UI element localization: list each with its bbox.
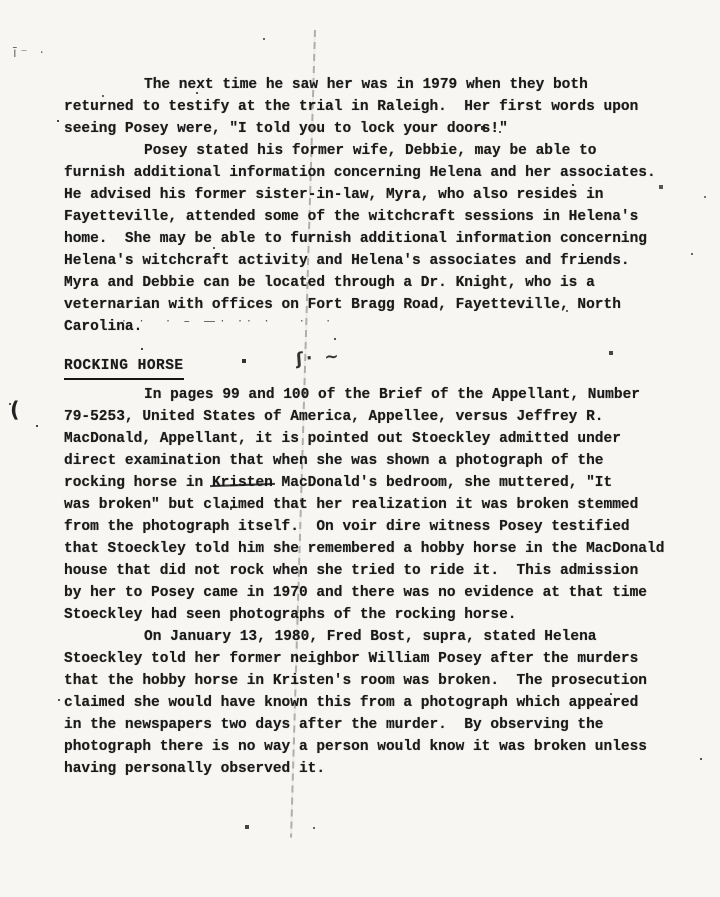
text-line: seeing Posey were, "I told you to lock y… [64, 118, 680, 140]
text-line: that the hobby horse in Kristen's room w… [64, 670, 680, 692]
text-line: The next time he saw her was in 1979 whe… [64, 74, 680, 96]
text-line: Posey stated his former wife, Debbie, ma… [64, 140, 680, 162]
text-line: Helena's witchcraft activity and Helena'… [64, 250, 680, 272]
scan-noise-specks [0, 0, 2, 2]
margin-paren-mark: ( [10, 398, 20, 422]
paragraph-3: On January 13, 1980, Fred Bost, supra, s… [64, 626, 680, 780]
text-line: in the newspapers two days after the mur… [64, 714, 680, 736]
text-line: Stoeckley had seen photographs of the ro… [64, 604, 680, 626]
text-segment: rocking horse in [64, 475, 212, 491]
section-heading: ROCKING HORSE [64, 355, 680, 380]
paragraph-1: The next time he saw her was in 1979 whe… [64, 74, 680, 338]
text-line-with-overstrike: rocking horse in Kristen MacDonald's bed… [64, 472, 680, 494]
document-body: The next time he saw her was in 1979 whe… [64, 74, 680, 780]
text-line: On January 13, 1980, Fred Bost, supra, s… [64, 626, 680, 648]
text-line: having personally observed it. [64, 758, 680, 780]
text-line: He advised his former sister-in-law, Myr… [64, 184, 680, 206]
text-line: that Stoeckley told him she remembered a… [64, 538, 680, 560]
section-heading-text: ROCKING HORSE [64, 355, 184, 380]
text-line: Fayetteville, attended some of the witch… [64, 206, 680, 228]
text-line: was broken" but claimed that her realiza… [64, 494, 680, 516]
paragraph-2: In pages 99 and 100 of the Brief of the … [64, 384, 680, 626]
text-line: Stoeckley told her former neighbor Willi… [64, 648, 680, 670]
text-line: by her to Posey came in 1970 and there w… [64, 582, 680, 604]
text-line: home. She may be able to furnish additio… [64, 228, 680, 250]
text-line: returned to testify at the trial in Rale… [64, 96, 680, 118]
margin-scribble-top-left: ī⁻ · [13, 46, 48, 61]
scanned-document-page: ī⁻ · ( · · · – —· ·· · · · ʃ· ~ The next… [0, 0, 720, 897]
text-line: claimed she would have known this from a… [64, 692, 680, 714]
text-line: house that did not rock when she tried t… [64, 560, 680, 582]
text-line: In pages 99 and 100 of the Brief of the … [64, 384, 680, 406]
text-line: furnish additional information concernin… [64, 162, 680, 184]
text-line: direct examination that when she was sho… [64, 450, 680, 472]
text-line: 79-5253, United States of America, Appel… [64, 406, 680, 428]
text-line: from the photograph itself. On voir dire… [64, 516, 680, 538]
text-line: MacDonald, Appellant, it is pointed out … [64, 428, 680, 450]
text-line: photograph there is no way a person woul… [64, 736, 680, 758]
text-segment: MacDonald's bedroom, she muttered, "It [273, 475, 612, 491]
text-line: Myra and Debbie can be located through a… [64, 272, 680, 294]
overstruck-word: Kristen [212, 475, 273, 491]
text-line: veternarian with offices on Fort Bragg R… [64, 294, 680, 316]
text-line: Carolina. [64, 316, 680, 338]
